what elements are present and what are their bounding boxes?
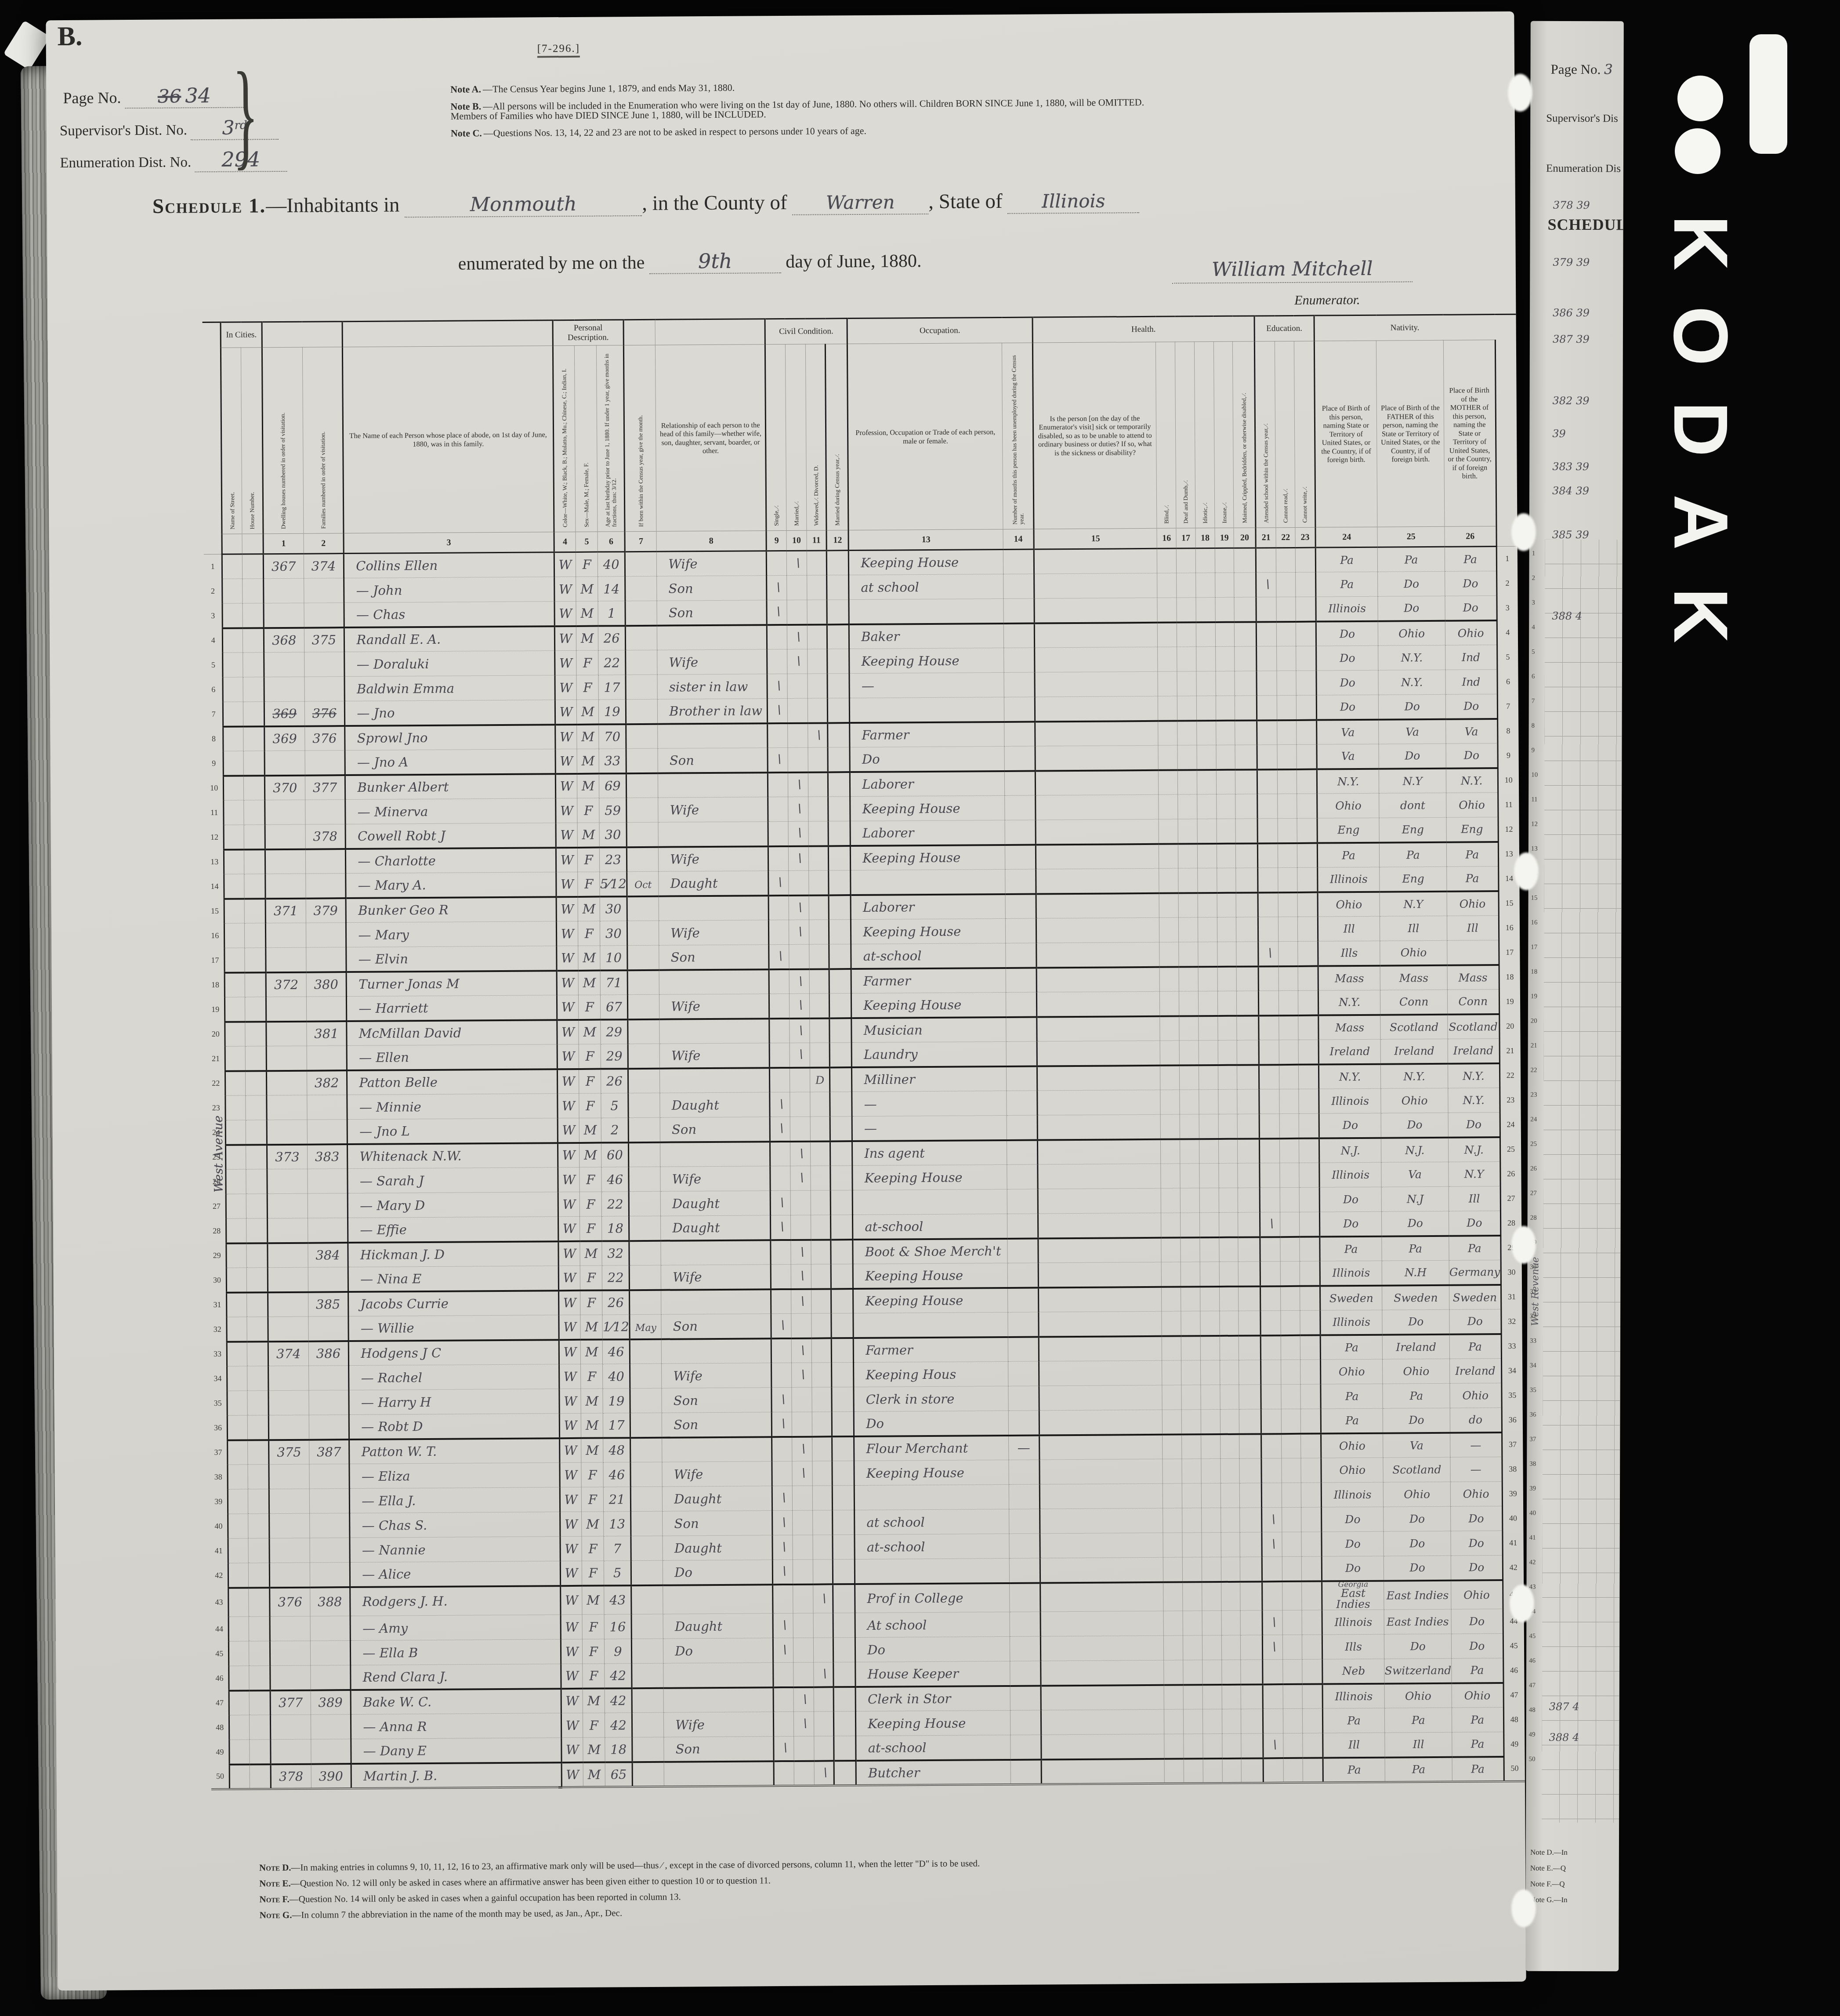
row-number-right: 25 xyxy=(1500,1137,1521,1161)
mark-married-cy xyxy=(828,747,850,772)
months-unemployed xyxy=(1010,1686,1041,1710)
mark-read xyxy=(1279,1064,1298,1089)
strip-row-number: 17 xyxy=(1531,944,1537,951)
sickness xyxy=(1039,1385,1163,1410)
sickness xyxy=(1037,1139,1161,1164)
strip-row-number: 42 xyxy=(1529,1559,1536,1566)
row-number-left: 40 xyxy=(210,1514,228,1538)
house-cell xyxy=(247,1342,268,1366)
mark-idiotic xyxy=(1196,622,1215,647)
row-number-right: 10 xyxy=(1498,768,1519,792)
mark-deaf xyxy=(1183,1685,1203,1709)
mark-married: ∖ xyxy=(790,1141,810,1166)
footnote-line: Note G.—In column 7 the abbreviation in … xyxy=(260,1903,1446,1920)
mother-birthplace: Ind xyxy=(1445,645,1497,670)
mark-widowed xyxy=(811,1338,832,1363)
mark-idiotic xyxy=(1199,1065,1218,1089)
street-cell xyxy=(226,1243,246,1268)
color: W xyxy=(561,1688,583,1713)
born-month xyxy=(630,1265,661,1290)
row-number-left: 7 xyxy=(205,702,223,726)
mark-blind xyxy=(1161,1164,1180,1188)
mark-deaf xyxy=(1178,844,1197,868)
row-number-right: 49 xyxy=(1503,1732,1525,1756)
strip-row-number: 3 xyxy=(1532,599,1535,607)
strip-row-number: 19 xyxy=(1531,993,1537,1001)
footnotes-block: Note D.—In making entries in columns 9, … xyxy=(259,1856,1446,1926)
mark-write xyxy=(1296,646,1316,671)
sickness xyxy=(1040,1611,1164,1636)
strip-row-number: 36 xyxy=(1529,1411,1536,1419)
row-number-right: 42 xyxy=(1503,1555,1524,1580)
mother-birthplace: Mass xyxy=(1447,965,1499,990)
form-number: [7-296.] xyxy=(537,43,580,58)
mark-read xyxy=(1279,1040,1298,1064)
mark-maimed xyxy=(1235,622,1257,646)
mark-single xyxy=(773,1584,793,1613)
age: 5 xyxy=(601,1093,629,1118)
dwelling-number xyxy=(269,1538,310,1563)
father-birthplace: East Indies xyxy=(1384,1609,1451,1634)
mark-maimed xyxy=(1238,1188,1260,1212)
color: W xyxy=(556,896,578,921)
mark-single: ∖ xyxy=(770,1092,790,1117)
mark-read xyxy=(1281,1335,1300,1360)
mark-deaf xyxy=(1182,1557,1202,1582)
mark-widowed: ∖ xyxy=(814,1761,834,1785)
mark-married-cy xyxy=(831,1264,853,1289)
enumerator-signature: William Mitchell xyxy=(1172,257,1413,283)
mark-married xyxy=(794,1736,814,1761)
mark-maimed xyxy=(1239,1458,1261,1483)
sickness xyxy=(1036,967,1160,992)
mark-school: ∖ xyxy=(1262,1532,1282,1557)
mark-idiotic xyxy=(1199,1114,1218,1139)
strip-handwritten-entry: 382 39 xyxy=(1553,395,1590,407)
mark-married-cy xyxy=(829,969,851,993)
sex: M xyxy=(582,1512,604,1536)
occupation xyxy=(851,869,1005,895)
age: 21 xyxy=(603,1487,631,1512)
house-cell xyxy=(248,1538,269,1563)
mark-deaf xyxy=(1181,1336,1200,1360)
kodak-letter: D xyxy=(1656,385,1745,473)
person-name: — Ella B xyxy=(351,1639,561,1665)
sex: F xyxy=(578,921,600,946)
street-cell xyxy=(223,628,243,653)
strip-footnote: Note F.—Q xyxy=(1530,1880,1565,1889)
mark-idiotic xyxy=(1197,745,1216,770)
dwelling-number xyxy=(265,800,305,825)
page-no-line: Page No. 36 34 xyxy=(63,83,243,109)
house-cell xyxy=(249,1588,270,1617)
occupation: at-school xyxy=(856,1735,1011,1761)
mark-blind xyxy=(1159,942,1179,967)
mark-school xyxy=(1261,1385,1281,1409)
father-birthplace: dont xyxy=(1379,793,1446,818)
months-unemployed xyxy=(1009,1484,1040,1509)
place-of-birth: Illinois xyxy=(1321,1482,1384,1507)
person-name: — Chas xyxy=(344,602,554,627)
months-unemployed xyxy=(1005,845,1036,869)
family-number xyxy=(307,1046,347,1071)
mark-widowed xyxy=(807,624,827,649)
mark-write xyxy=(1296,621,1316,646)
mark-school xyxy=(1260,1311,1281,1335)
mark-deaf xyxy=(1180,1090,1199,1114)
mark-insane xyxy=(1216,769,1235,794)
street-cell xyxy=(228,1588,249,1617)
mark-school xyxy=(1260,1139,1280,1163)
col-house: House Number. xyxy=(241,348,263,534)
strip-row-number: 18 xyxy=(1531,968,1537,976)
house-cell xyxy=(244,800,265,825)
mark-married xyxy=(792,1486,812,1510)
mark-insane xyxy=(1216,671,1235,696)
column-number: 26 xyxy=(1445,526,1496,547)
row-number-right: 27 xyxy=(1500,1186,1521,1211)
person-name: Turner Jonas M xyxy=(346,971,557,997)
born-month xyxy=(631,1614,663,1639)
col-profession: Profession, Occupation or Trade of each … xyxy=(848,343,1003,530)
mark-school xyxy=(1263,1660,1283,1684)
mark-single xyxy=(770,1141,790,1166)
mark-married: ∖ xyxy=(791,1363,811,1387)
house-cell xyxy=(245,1046,266,1071)
dwelling-number xyxy=(264,677,304,702)
mark-insane xyxy=(1221,1610,1241,1635)
mark-insane xyxy=(1215,622,1235,646)
mark-single: ∖ xyxy=(767,698,787,723)
occupation: — xyxy=(849,672,1004,698)
person-name: Collins Ellen xyxy=(344,552,554,578)
mark-married xyxy=(788,723,808,747)
father-birthplace: Ill xyxy=(1380,916,1447,941)
row-number-left: 39 xyxy=(210,1489,228,1514)
mark-write xyxy=(1300,1310,1320,1335)
mark-school xyxy=(1261,1360,1281,1385)
film-dot xyxy=(1677,76,1723,121)
mark-married xyxy=(787,600,807,624)
mark-single xyxy=(767,624,787,649)
kodak-letter: O xyxy=(1656,292,1745,380)
father-birthplace: Pa xyxy=(1385,1757,1452,1782)
family-number xyxy=(310,1665,351,1690)
mark-deaf xyxy=(1181,1360,1201,1385)
mark-married-cy xyxy=(827,674,849,698)
place-of-birth: Illinois xyxy=(1319,1088,1381,1113)
col-blind: Blind, ∕. xyxy=(1156,342,1176,528)
mark-widowed xyxy=(811,1215,831,1240)
dwelling-number xyxy=(270,1665,311,1690)
kodak-letter: K xyxy=(1656,199,1745,287)
mark-maimed xyxy=(1239,1360,1261,1385)
mark-deaf xyxy=(1181,1262,1200,1287)
person-name: Whitenack N.W. xyxy=(348,1143,558,1169)
dwelling-number xyxy=(264,578,304,603)
occupation: Musician xyxy=(851,1017,1006,1042)
mark-blind xyxy=(1163,1483,1182,1508)
strip-row-number: 32 xyxy=(1530,1313,1536,1320)
dwelling-number xyxy=(265,849,305,874)
father-birthplace: Ohio xyxy=(1380,940,1447,965)
born-month xyxy=(631,1487,663,1511)
mark-maimed xyxy=(1239,1286,1260,1311)
relationship: Wife xyxy=(658,797,768,823)
mark-maimed xyxy=(1238,1114,1260,1139)
mark-single: ∖ xyxy=(767,674,787,698)
months-unemployed xyxy=(1007,1189,1038,1214)
color: W xyxy=(560,1512,582,1536)
father-birthplace: Pa xyxy=(1380,842,1447,867)
column-number: 2 xyxy=(304,533,344,554)
occupation: Clerk in Stor xyxy=(855,1686,1010,1711)
mark-married-cy xyxy=(827,551,849,575)
column-number: 5 xyxy=(576,532,598,552)
mark-deaf xyxy=(1183,1635,1202,1660)
occupation: Keeping Hous xyxy=(854,1361,1008,1387)
mark-write xyxy=(1302,1684,1322,1708)
column-number: 19 xyxy=(1215,528,1234,548)
mark-married-cy xyxy=(833,1584,855,1613)
street-cell xyxy=(225,972,245,997)
born-month xyxy=(628,994,659,1019)
mother-birthplace: Do xyxy=(1451,1609,1503,1634)
mark-single xyxy=(768,723,788,747)
dwelling-number: 367 xyxy=(263,554,304,579)
col-pom: Place of Birth of the MOTHER of this per… xyxy=(1443,340,1496,527)
relationship: Daught xyxy=(660,1092,770,1118)
dwelling-number: 376 xyxy=(270,1587,310,1617)
place-of-birth: Do xyxy=(1316,645,1378,671)
mark-deaf xyxy=(1177,745,1197,770)
dwelling-number xyxy=(268,1366,309,1391)
row-number-left: 1 xyxy=(204,554,222,579)
street-cell xyxy=(228,1514,248,1538)
father-birthplace: N.J. xyxy=(1381,1137,1449,1162)
mark-married xyxy=(792,1510,812,1535)
house-cell xyxy=(245,948,266,972)
mark-school xyxy=(1259,1065,1279,1089)
sickness xyxy=(1040,1533,1163,1558)
street-cell xyxy=(225,1095,246,1120)
mark-single: ∖ xyxy=(770,1117,790,1141)
age: 40 xyxy=(598,552,625,577)
mother-birthplace: Do xyxy=(1445,694,1497,719)
occupation: Do xyxy=(850,746,1004,772)
mother-birthplace xyxy=(1447,940,1499,965)
mark-married: ∖ xyxy=(790,1166,811,1190)
row-number-left: 5 xyxy=(204,653,223,677)
mark-read xyxy=(1282,1532,1301,1556)
mark-write xyxy=(1302,1708,1322,1733)
margin-head xyxy=(203,322,222,554)
place-of-birth: Pa xyxy=(1315,547,1378,572)
family-number xyxy=(306,923,346,948)
occupation: — xyxy=(852,1115,1007,1141)
note-b: Note B.—All persons will be included in … xyxy=(450,98,1171,121)
relationship: Wife xyxy=(661,1265,771,1290)
mark-insane xyxy=(1222,1709,1241,1733)
mark-married: ∖ xyxy=(791,1338,811,1363)
father-birthplace: Ohio xyxy=(1381,1088,1448,1113)
person-name: — Eliza xyxy=(349,1463,560,1489)
sickness xyxy=(1037,1016,1160,1041)
dwelling-number xyxy=(269,1464,309,1489)
strip-handwritten-entry: 384 39 xyxy=(1552,485,1589,497)
street-cell xyxy=(223,677,243,702)
born-month xyxy=(632,1737,664,1762)
age: 23 xyxy=(600,847,627,872)
mark-read xyxy=(1278,867,1297,892)
born-month xyxy=(625,601,657,625)
mark-deaf xyxy=(1182,1508,1202,1533)
mark-school xyxy=(1260,1163,1280,1188)
col-dwelling: Dwelling houses numbered in order of vis… xyxy=(262,347,303,534)
col-families: Families numbered in order of visitation… xyxy=(302,347,344,534)
col-deaf: Deaf and Dumb, ∕. xyxy=(1175,342,1195,528)
mother-birthplace: Do xyxy=(1449,1211,1500,1236)
enumerated-prefix: enumerated by me on the xyxy=(458,253,645,274)
place-of-birth: Do xyxy=(1316,695,1379,720)
place-of-birth: Ohio xyxy=(1317,793,1379,818)
months-unemployed xyxy=(1010,1710,1041,1735)
father-birthplace: Conn xyxy=(1380,990,1448,1015)
mark-read xyxy=(1279,966,1298,990)
group-nativity: Nativity. xyxy=(1314,315,1495,341)
person-name: — Mary xyxy=(346,921,557,947)
age: 13 xyxy=(604,1512,631,1536)
mark-blind xyxy=(1157,573,1177,598)
house-cell xyxy=(247,1391,268,1415)
strip-row-number: 6 xyxy=(1532,673,1535,681)
months-unemployed xyxy=(1008,1312,1039,1337)
place-of-birth: Do xyxy=(1316,670,1379,695)
age: 70 xyxy=(599,724,627,749)
house-cell xyxy=(248,1514,269,1538)
header-brace: } xyxy=(232,45,259,183)
mark-married-cy xyxy=(828,698,850,723)
mark-maimed xyxy=(1235,769,1257,794)
sickness xyxy=(1036,917,1159,943)
mark-read xyxy=(1276,597,1296,621)
street-cell xyxy=(226,1169,246,1194)
street-cell xyxy=(224,800,244,825)
born-month xyxy=(629,1216,661,1240)
mark-maimed xyxy=(1240,1483,1262,1508)
mark-idiotic xyxy=(1201,1483,1221,1508)
dwelling-number xyxy=(271,1739,311,1764)
mark-school xyxy=(1261,1434,1282,1458)
mark-blind xyxy=(1159,794,1178,819)
mark-write xyxy=(1300,1261,1320,1286)
row-number-left: 8 xyxy=(205,726,223,751)
house-cell xyxy=(246,1169,267,1194)
street-cell xyxy=(225,923,245,948)
mark-deaf xyxy=(1181,1237,1200,1262)
row-number-right: 2 xyxy=(1496,571,1518,595)
mother-birthplace: Ohio xyxy=(1450,1383,1502,1408)
mark-school xyxy=(1258,966,1279,991)
place-of-birth: Do xyxy=(1319,1211,1382,1236)
father-birthplace: Do xyxy=(1382,1309,1449,1334)
street-cell xyxy=(223,726,243,751)
mark-idiotic xyxy=(1202,1635,1221,1660)
color: W xyxy=(559,1413,581,1438)
mother-birthplace: Ohio xyxy=(1446,793,1498,818)
relationship: Brother in law xyxy=(658,699,768,724)
mark-widowed xyxy=(808,747,828,772)
mark-write xyxy=(1297,818,1317,843)
place-of-birth: Mass xyxy=(1318,1015,1381,1040)
mark-deaf xyxy=(1177,598,1196,622)
person-name: — Rachel xyxy=(349,1364,559,1390)
row-number-left: 3 xyxy=(204,603,222,628)
mark-write xyxy=(1302,1659,1322,1684)
mark-insane xyxy=(1215,646,1235,671)
mark-idiotic xyxy=(1199,1163,1219,1188)
strip-row-number: 16 xyxy=(1531,919,1537,927)
house-cell xyxy=(245,997,266,1022)
person-name: — Robt D xyxy=(349,1414,560,1439)
sex: F xyxy=(580,1265,602,1290)
father-birthplace: Do xyxy=(1378,571,1445,596)
mark-write xyxy=(1298,990,1318,1015)
mark-blind xyxy=(1157,598,1177,622)
father-birthplace: Ireland xyxy=(1381,1039,1448,1064)
mark-idiotic xyxy=(1197,794,1217,819)
strip-row-number: 39 xyxy=(1529,1485,1536,1493)
strip-handwritten-entry: 387 4 xyxy=(1549,1701,1579,1713)
months-unemployed xyxy=(1004,771,1035,795)
mark-read xyxy=(1280,1163,1299,1187)
mark-read xyxy=(1278,794,1297,818)
row-number-left: 37 xyxy=(209,1440,228,1465)
mother-birthplace: Do xyxy=(1451,1531,1503,1556)
mark-single xyxy=(773,1663,793,1687)
father-birthplace: N.Y xyxy=(1380,891,1447,916)
father-birthplace: Va xyxy=(1383,1432,1450,1458)
person-name: Patton Belle xyxy=(347,1069,558,1095)
mark-read xyxy=(1277,720,1297,744)
color: W xyxy=(557,1044,579,1069)
months-unemployed xyxy=(1007,1066,1037,1091)
mark-read xyxy=(1279,941,1298,966)
strip-row-number: 10 xyxy=(1531,772,1538,779)
mark-blind xyxy=(1162,1336,1181,1360)
film-dot xyxy=(1675,128,1720,174)
kodak-film-edge: KODAK xyxy=(1626,26,1840,2012)
color: W xyxy=(554,626,576,650)
place-of-birth: Do xyxy=(1321,1507,1384,1532)
occupation xyxy=(853,1312,1008,1338)
strip-handwritten-entry: 383 39 xyxy=(1552,460,1589,473)
mother-birthplace: — xyxy=(1450,1457,1502,1482)
dwelling-number: 369 xyxy=(264,701,304,726)
age: 67 xyxy=(601,995,628,1019)
sex: M xyxy=(581,1389,603,1413)
dwelling-number: 369 xyxy=(264,726,305,751)
street-cell xyxy=(224,849,244,874)
born-month xyxy=(632,1663,663,1688)
born-month xyxy=(627,970,659,994)
mark-insane xyxy=(1217,843,1236,868)
mark-insane xyxy=(1221,1660,1241,1684)
sex: F xyxy=(580,1216,602,1241)
mark-insane xyxy=(1219,1188,1238,1212)
months-unemployed xyxy=(1008,1410,1039,1435)
mark-married xyxy=(794,1761,814,1785)
